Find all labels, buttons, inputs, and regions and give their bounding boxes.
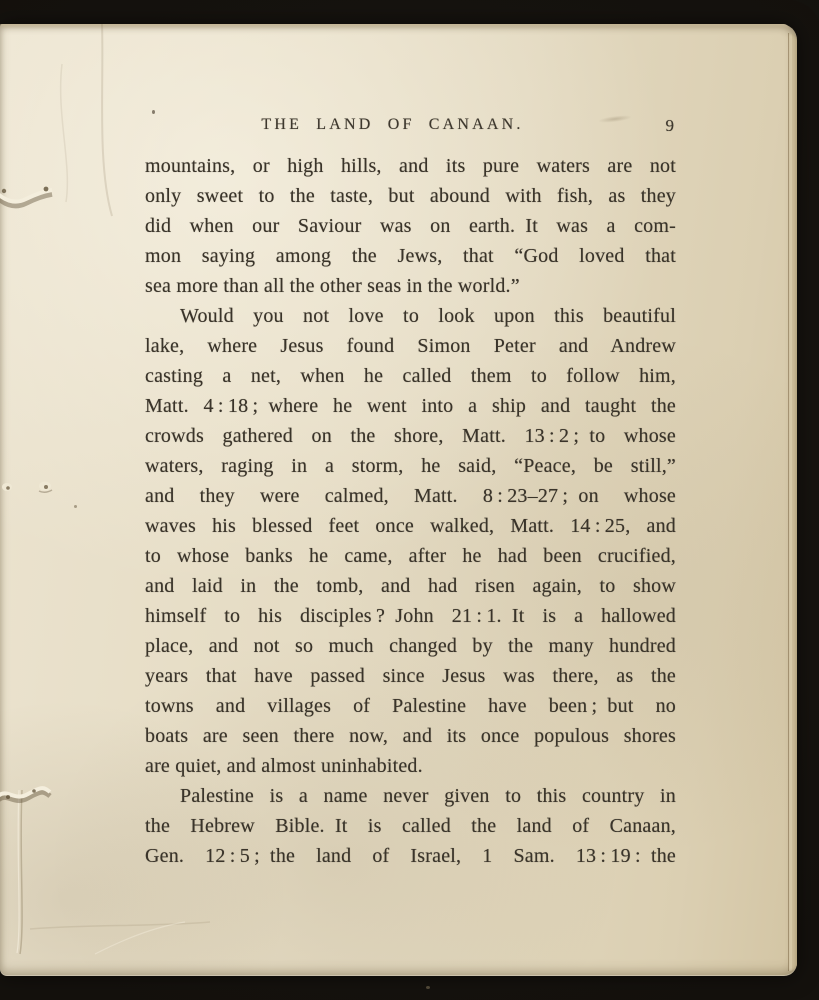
text-line: Matt. 4 : 18 ; where he went into a ship…: [145, 391, 676, 421]
paper-speck: [74, 505, 77, 508]
text-line: did when our Saviour was on earth. It wa…: [145, 211, 676, 241]
text-line: sea more than all the other seas in the …: [145, 271, 676, 301]
paper-speck: [426, 986, 430, 989]
text-line: to whose banks he came, after he had bee…: [145, 541, 676, 571]
text-line: mon saying among the Jews, that “God lov…: [145, 241, 676, 271]
text-line: Would you not love to look upon this bea…: [145, 301, 676, 331]
scan-background: THE LAND OF CANAAN. 9 mountains, or high…: [0, 0, 819, 1000]
binding-stitch: [0, 788, 50, 800]
binding-stitch: [2, 482, 52, 493]
text-line: only sweet to the taste, but abound with…: [145, 181, 676, 211]
book-page: THE LAND OF CANAAN. 9 mountains, or high…: [0, 24, 797, 976]
text-line: and laid in the tomb, and had risen agai…: [145, 571, 676, 601]
text-line: are quiet, and almost uninhabited.: [145, 751, 676, 781]
text-line: waters, raging in a storm, he said, “Pea…: [145, 451, 676, 481]
text-line: crowds gathered on the shore, Matt. 13 :…: [145, 421, 676, 451]
text-line: waves his blessed feet once walked, Matt…: [145, 511, 676, 541]
text-line: lake, where Jesus found Simon Peter and …: [145, 331, 676, 361]
text-line: boats are seen there now, and its once p…: [145, 721, 676, 751]
page-number: 9: [666, 116, 675, 136]
text-line: Gen. 12 : 5 ; the land of Israel, 1 Sam.…: [145, 841, 676, 871]
text-line: towns and villages of Palestine have bee…: [145, 691, 676, 721]
text-line: casting a net, when he called them to fo…: [145, 361, 676, 391]
text-line: place, and not so much changed by the ma…: [145, 631, 676, 661]
text-line: mountains, or high hills, and its pure w…: [145, 151, 676, 181]
binding-stitch: [0, 187, 52, 206]
text-line: himself to his disciples ? John 21 : 1. …: [145, 601, 676, 631]
text-line: Palestine is a name never given to this …: [145, 781, 676, 811]
page-title: THE LAND OF CANAAN.: [127, 116, 658, 134]
text-line: and they were calmed, Matt. 8 : 23–27 ; …: [145, 481, 676, 511]
text-line: years that have passed since Jesus was t…: [145, 661, 676, 691]
running-header: THE LAND OF CANAAN. 9: [145, 116, 676, 140]
paper-speck: [152, 110, 155, 114]
text-line: the Hebrew Bible. It is called the land …: [145, 811, 676, 841]
text-block: mountains, or high hills, and its pure w…: [145, 151, 676, 871]
